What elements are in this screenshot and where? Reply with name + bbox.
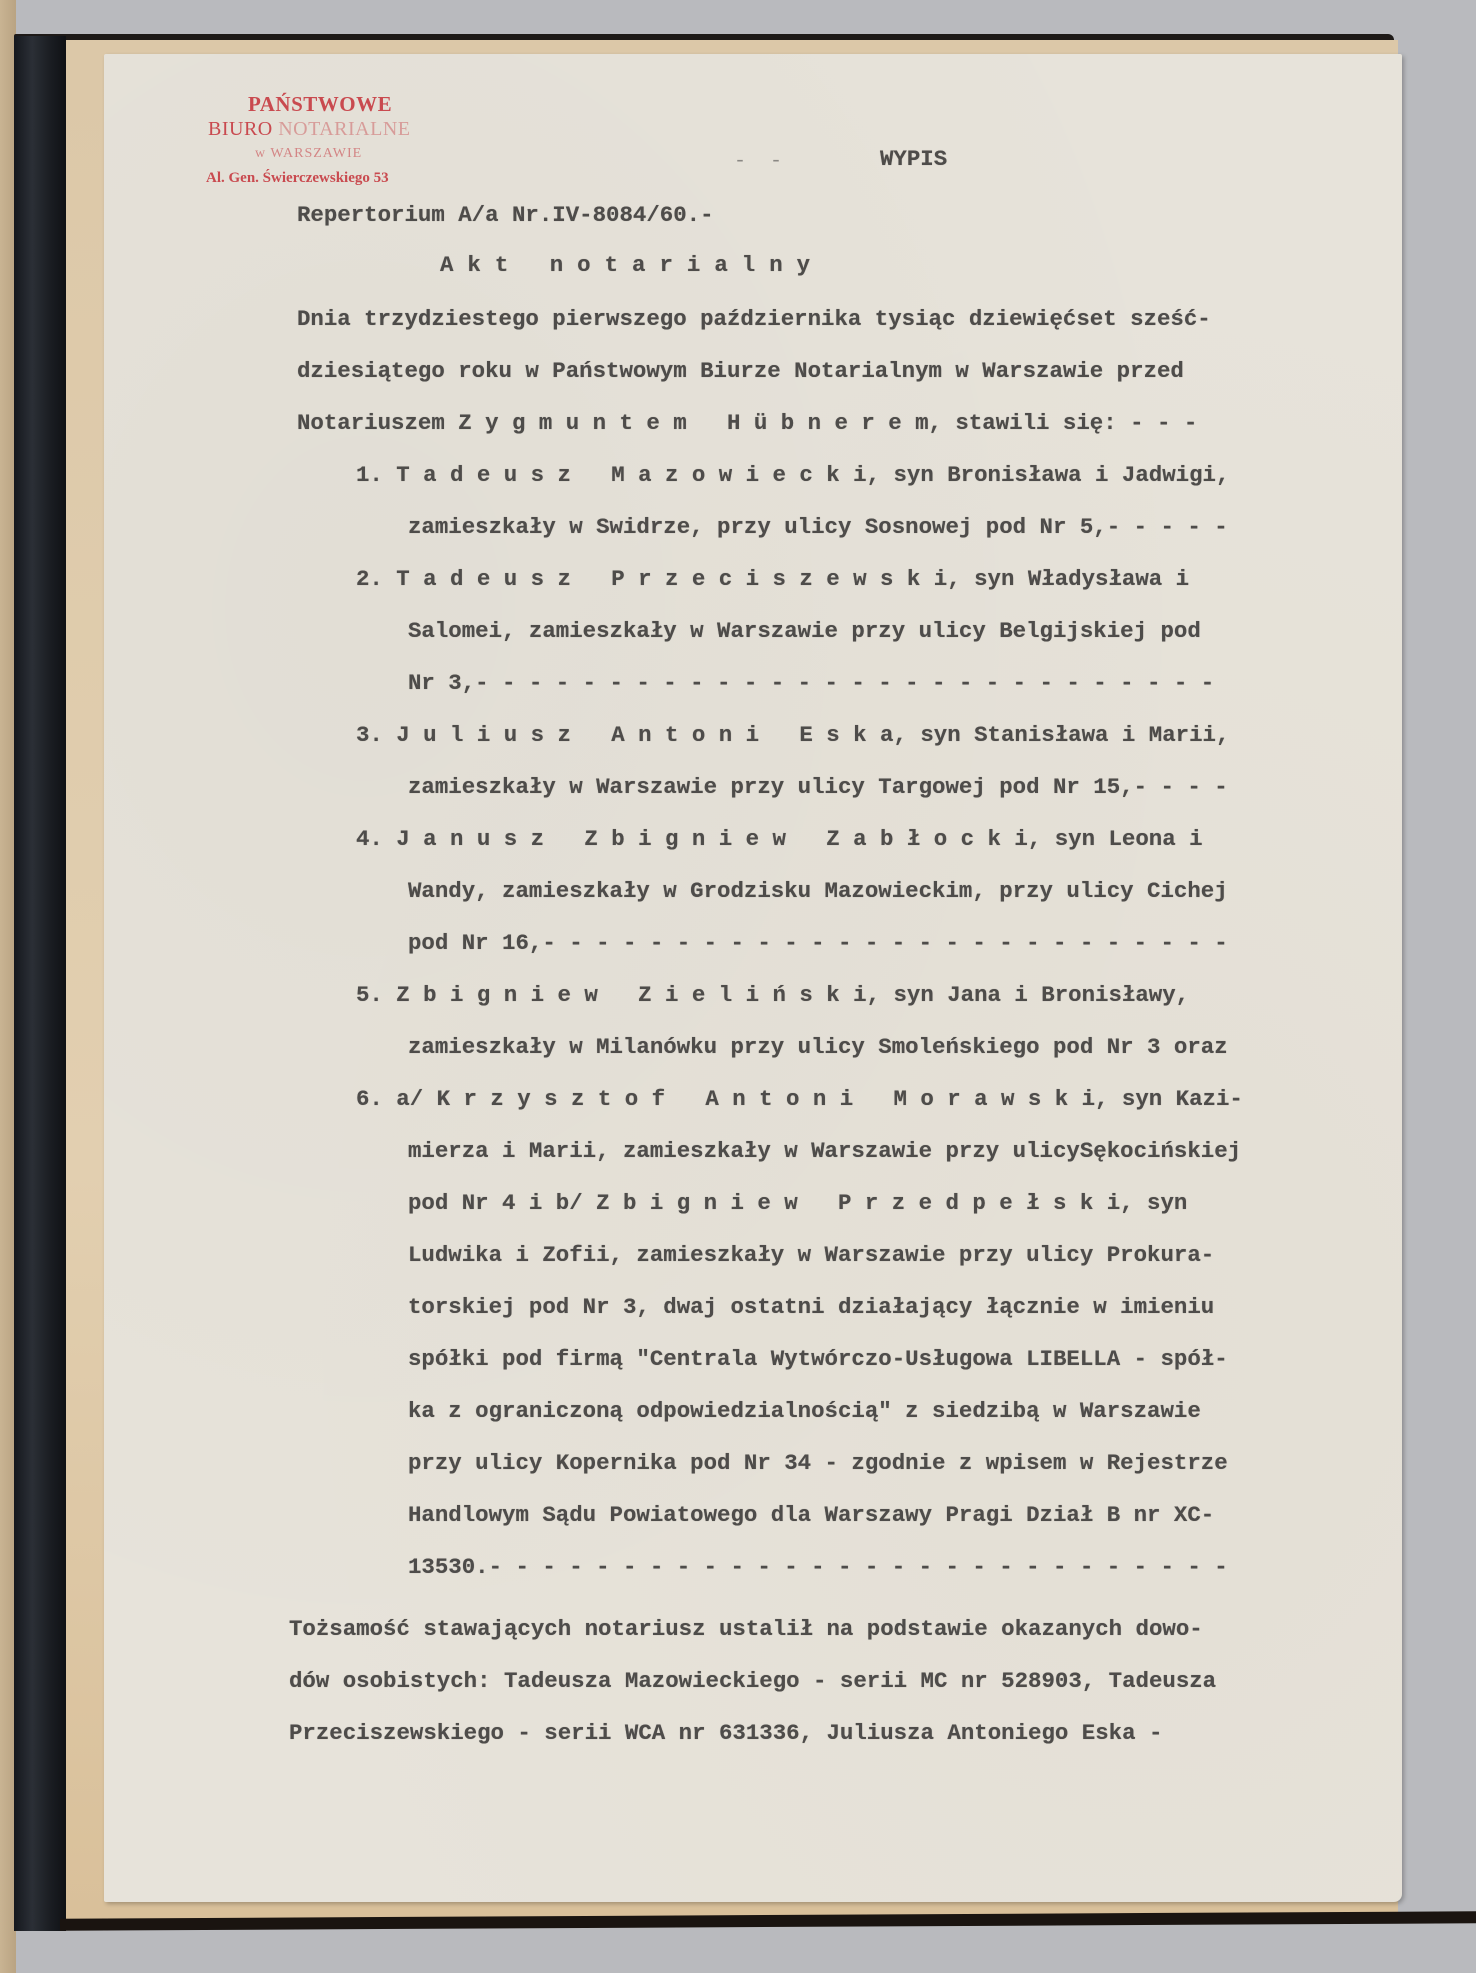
document-line: zamieszkały w Warszawie przy ulicy Targo… xyxy=(408,774,1228,800)
document-line: 1. T a d e u s z M a z o w i e c k i, sy… xyxy=(356,462,1229,488)
document-line: zamieszkały w Milanówku przy ulicy Smole… xyxy=(408,1034,1228,1060)
document-line: Ludwika i Zofii, zamieszkały w Warszawie… xyxy=(408,1242,1214,1268)
document-line: Dnia trzydziestego pierwszego październi… xyxy=(297,306,1211,332)
stamp-line-1: PAŃSTWOWE xyxy=(248,92,392,117)
document-line: torskiej pod Nr 3, dwaj ostatni działają… xyxy=(408,1294,1214,1320)
document-line: Wandy, zamieszkały w Grodzisku Mazowieck… xyxy=(408,878,1228,904)
document-line: Salomei, zamieszkały w Warszawie przy ul… xyxy=(408,618,1201,644)
document-line: pod Nr 16,- - - - - - - - - - - - - - - … xyxy=(408,930,1228,956)
act-heading: Akt notarialny xyxy=(440,252,824,278)
stamp-line-3: w WARSZAWIE xyxy=(255,146,362,162)
document-line: Handlowym Sądu Powiatowego dla Warszawy … xyxy=(408,1502,1214,1528)
document-line: 2. T a d e u s z P r z e c i s z e w s k… xyxy=(356,566,1189,592)
header-dashes: - - xyxy=(734,150,782,173)
document-line: dów osobistych: Tadeusza Mazowieckiego -… xyxy=(289,1668,1216,1694)
document-line: pod Nr 4 i b/ Z b i g n i e w P r z e d … xyxy=(408,1190,1187,1216)
document-line: 3. J u l i u s z A n t o n i E s k a, sy… xyxy=(356,722,1229,748)
stamp-line-2: BIURO NOTARIALNE xyxy=(208,118,411,141)
binder-spine xyxy=(14,36,66,1931)
document-line: Nr 3,- - - - - - - - - - - - - - - - - -… xyxy=(408,670,1214,696)
document-line: spółki pod firmą "Centrala Wytwórczo-Usł… xyxy=(408,1346,1228,1372)
document-line: 4. J a n u s z Z b i g n i e w Z a b ł o… xyxy=(356,826,1203,852)
document-line: ka z ograniczoną odpowiedzialnością" z s… xyxy=(408,1398,1201,1424)
document-line: Notariuszem Z y g m u n t e m H ü b n e … xyxy=(297,410,1197,436)
document-line: 6. a/ K r z y s z t o f A n t o n i M o … xyxy=(356,1086,1243,1112)
document-line: Przeciszewskiego - serii WCA nr 631336, … xyxy=(289,1720,1162,1746)
document-line: zamieszkały w Swidrze, przy ulicy Sosnow… xyxy=(408,514,1228,540)
document-line: dziesiątego roku w Państwowym Biurze Not… xyxy=(297,358,1184,384)
document-title: WYPIS xyxy=(880,146,947,172)
document-line: Tożsamość stawających notariusz ustalił … xyxy=(289,1616,1203,1642)
document-line: 5. Z b i g n i e w Z i e l i ń s k i, sy… xyxy=(356,982,1189,1008)
stamp-line-2b: NOTARIALNE xyxy=(278,118,410,140)
repertorium-number: Repertorium A/a Nr.IV-8084/60.- xyxy=(297,202,714,228)
document-line: przy ulicy Kopernika pod Nr 34 - zgodnie… xyxy=(408,1450,1228,1476)
stamp-line-4: Al. Gen. Świerczewskiego 53 xyxy=(206,170,389,187)
document-line: mierza i Marii, zamieszkały w Warszawie … xyxy=(408,1138,1241,1164)
stamp-line-2a: BIURO xyxy=(208,118,273,140)
document-line: 13530.- - - - - - - - - - - - - - - - - … xyxy=(408,1554,1228,1580)
